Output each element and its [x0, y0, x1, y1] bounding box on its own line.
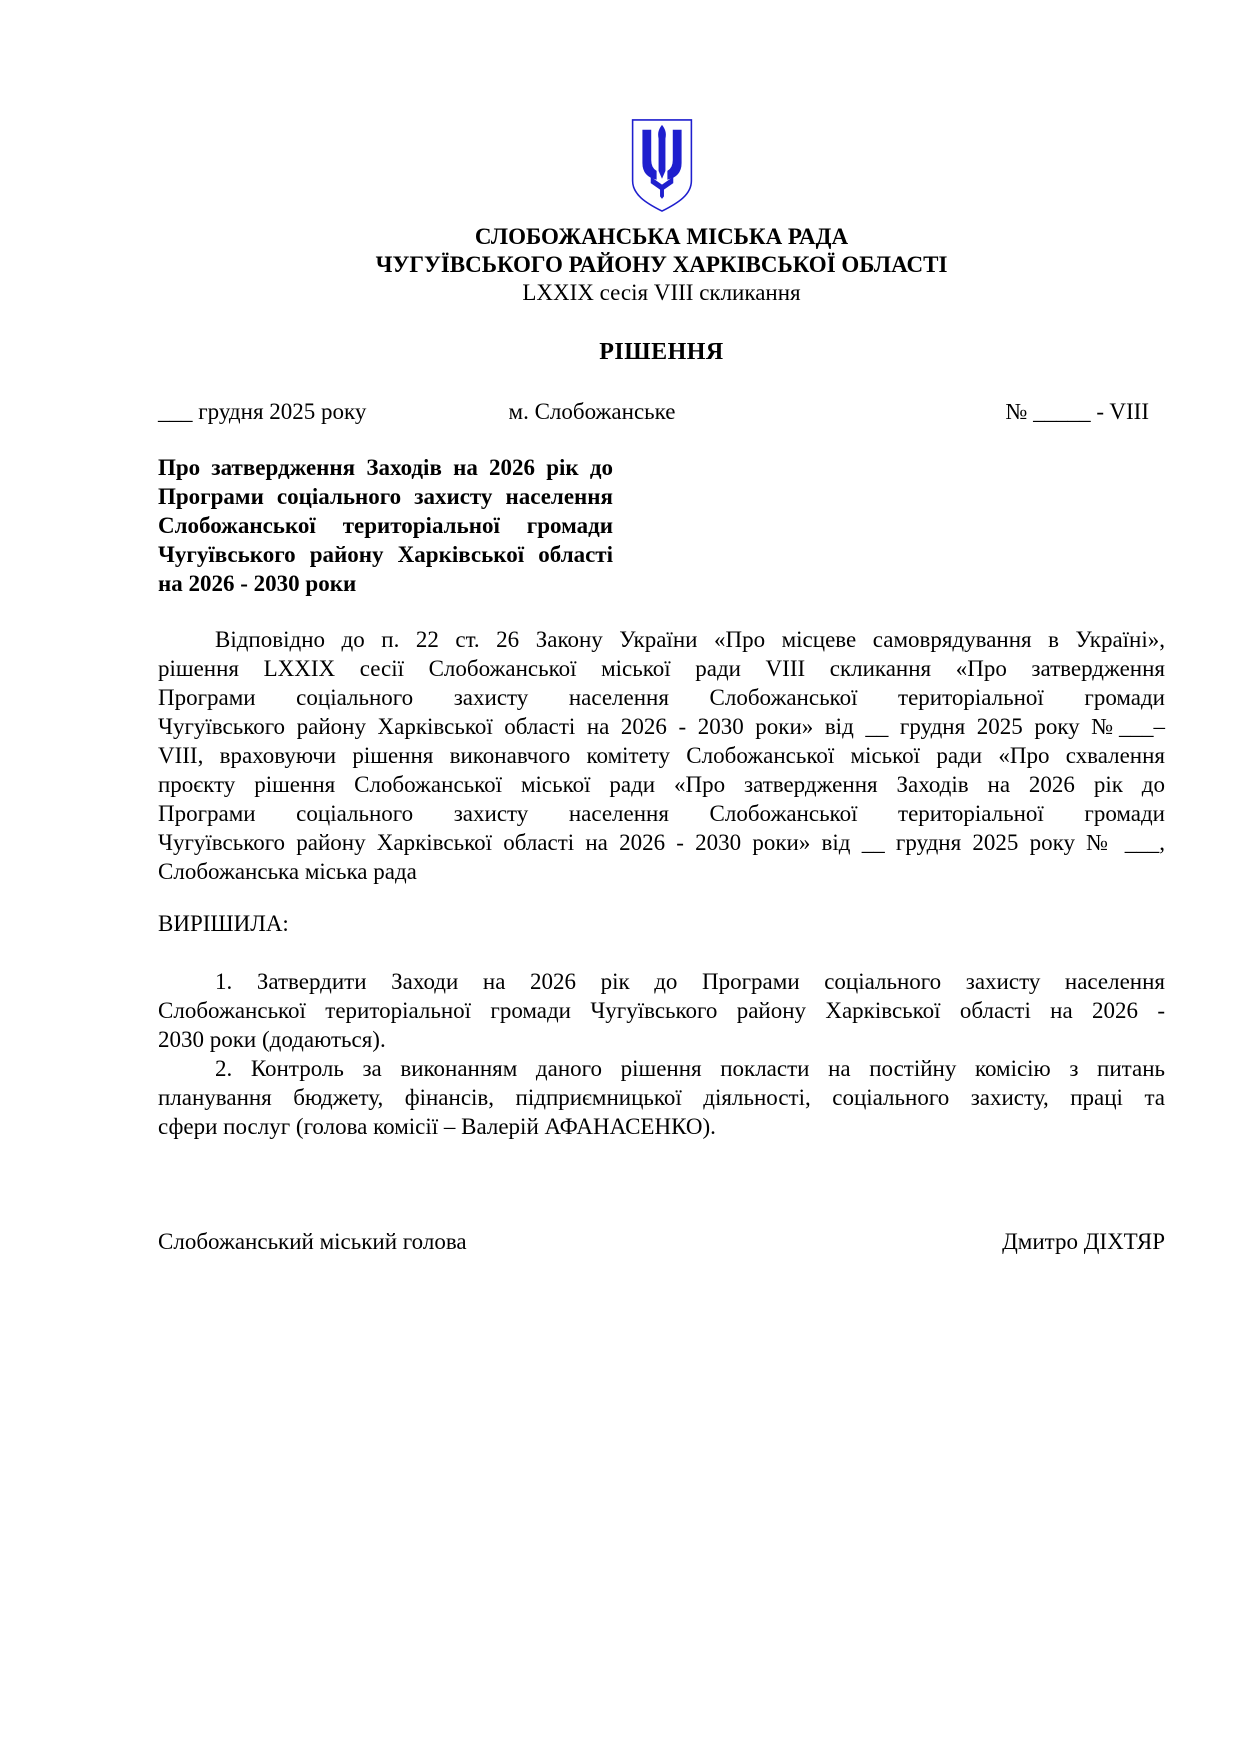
preamble-line: проєкту рішення Слобожанської міської ра…	[158, 770, 1165, 799]
item-line: Слобожанської територіальної громади Чуг…	[158, 996, 1165, 1025]
decision-item-2: 2. Контроль за виконанням даного рішення…	[158, 1054, 1165, 1141]
org-name-line2: ЧУГУЇВСЬКОГО РАЙОНУ ХАРКІВСЬКОЇ ОБЛАСТІ	[158, 251, 1165, 279]
preamble-line: рішення LXXIX сесії Слобожанської місько…	[158, 654, 1165, 683]
place-name: м. Слобожанське	[509, 397, 676, 426]
preamble-line: Слобожанська міська рада	[158, 857, 1165, 886]
decision-title-line: Слобожанської територіальної громади	[158, 511, 613, 540]
item-line: 1. Затвердити Заходи на 2026 рік до Прог…	[158, 967, 1165, 996]
item-line: 2030 роки (додаються).	[158, 1025, 1165, 1054]
date-blank: ___ грудня 2025 року	[158, 397, 366, 426]
decision-title: Про затвердження Заходів на 2026 рік до …	[158, 453, 613, 598]
preamble-paragraph: Відповідно до п. 22 ст. 26 Закону Україн…	[158, 625, 1165, 886]
decision-title-line: Програми соціального захисту населення	[158, 482, 613, 511]
signatory-position: Слобожанський міський голова	[158, 1227, 467, 1256]
preamble-line: VIII, враховуючи рішення виконавчого ком…	[158, 741, 1165, 770]
preamble-line: Чугуївського району Харківської області …	[158, 712, 1165, 741]
item-line: сфери послуг (голова комісії – Валерій А…	[158, 1112, 1165, 1141]
decision-title-line: Чугуївського району Харківської області	[158, 540, 613, 569]
preamble-line: Відповідно до п. 22 ст. 26 Закону Україн…	[158, 625, 1165, 654]
org-header: СЛОБОЖАНСЬКА МІСЬКА РАДА ЧУГУЇВСЬКОГО РА…	[158, 223, 1165, 307]
preamble-line: Програми соціального захисту населення С…	[158, 799, 1165, 828]
preamble-line: Чугуївського району Харківської області …	[158, 828, 1165, 857]
item-line: планування бюджету, фінансів, підприємни…	[158, 1083, 1165, 1112]
preamble-line: Програми соціального захисту населення С…	[158, 683, 1165, 712]
resolved-label: ВИРІШИЛА:	[158, 909, 1165, 938]
signature-block: Слобожанський міський голова Дмитро ДІХТ…	[158, 1227, 1165, 1256]
document-number: № _____ - VIII	[1005, 397, 1149, 426]
coat-of-arms	[630, 118, 694, 214]
item-line: 2. Контроль за виконанням даного рішення…	[158, 1054, 1165, 1083]
document-page: СЛОБОЖАНСЬКА МІСЬКА РАДА ЧУГУЇВСЬКОГО РА…	[0, 0, 1240, 1754]
tryzub-icon	[630, 118, 694, 214]
decision-title-line: на 2026 - 2030 роки	[158, 569, 613, 598]
decision-item-1: 1. Затвердити Заходи на 2026 рік до Прог…	[158, 967, 1165, 1054]
session-line: LXXIX сесія VIII скликання	[158, 279, 1165, 307]
decision-title-line: Про затвердження Заходів на 2026 рік до	[158, 453, 613, 482]
signatory-name: Дмитро ДІХТЯР	[1002, 1227, 1165, 1256]
document-type-title: РІШЕННЯ	[158, 338, 1165, 366]
dateline: ___ грудня 2025 року м. Слобожанське № _…	[158, 397, 1165, 426]
org-name-line1: СЛОБОЖАНСЬКА МІСЬКА РАДА	[158, 223, 1165, 251]
document-content: СЛОБОЖАНСЬКА МІСЬКА РАДА ЧУГУЇВСЬКОГО РА…	[158, 0, 1165, 1256]
